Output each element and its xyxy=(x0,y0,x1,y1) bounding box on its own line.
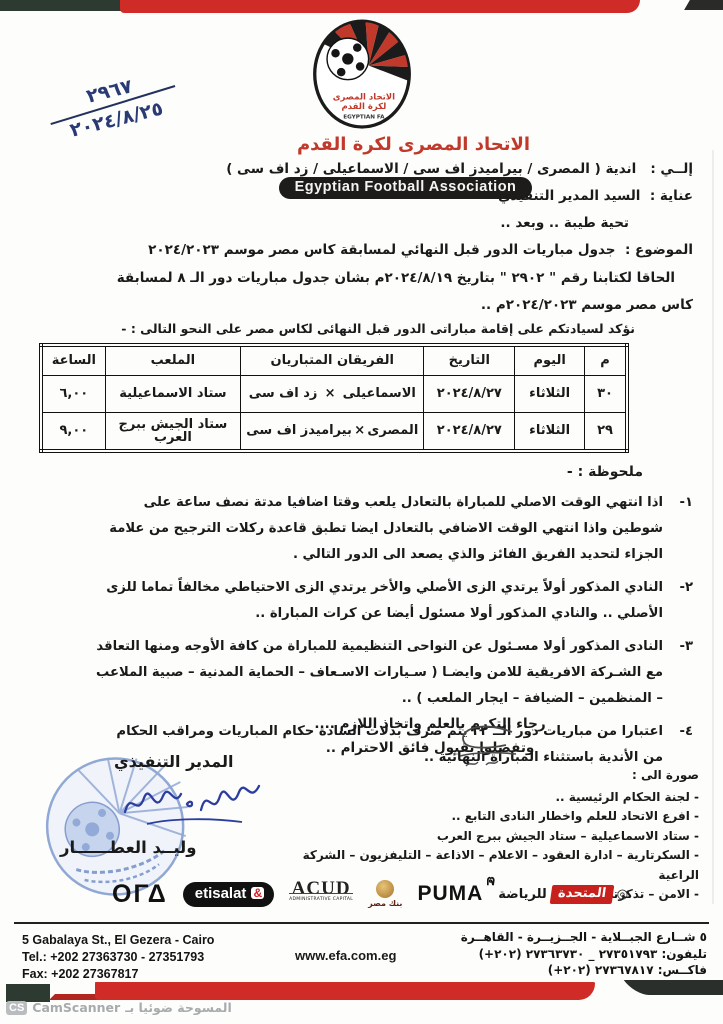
match-stadium: ستاد الجيش ببرج العرب xyxy=(105,413,240,452)
banque-misr-logo: بنك مصر xyxy=(368,880,402,908)
team-home: الاسماعيلى xyxy=(343,387,416,401)
acud-logo-subtext: ADMINISTRATIVE CAPITAL xyxy=(289,893,353,904)
footer-contact-arabic: ٥ شــارع الجبــلاية - الجــزيــرة - القا… xyxy=(461,929,707,979)
acud-logo-text: ACUD xyxy=(292,884,351,893)
team-away: بيراميدز اف سى xyxy=(246,424,352,438)
united-sports-badge-text: المتحدة xyxy=(549,885,614,904)
footer-contact-english: 5 Gabalaya St., El Gezera - Cairo Tel.: … xyxy=(22,932,214,983)
puma-logo: PUMA ฅ xyxy=(417,882,483,906)
match-day: الثلاثاء xyxy=(515,376,585,413)
attention-line: عناية : السيد المدير التنفيذي xyxy=(30,189,693,203)
footer-address-en: 5 Gabalaya St., El Gezera - Cairo xyxy=(22,932,214,949)
col-teams: الفريقان المتباريان xyxy=(241,345,424,376)
copy-to-item-1: - لجنة الحكام الرئيسية .. xyxy=(269,788,699,808)
decor-band-top-dark xyxy=(684,0,723,10)
executive-director-signature xyxy=(117,774,267,832)
match-time: ٩,٠٠ xyxy=(41,413,105,452)
footer-tel-ar-code: (+٢٠٢) xyxy=(479,947,522,961)
team-home: المصرى xyxy=(367,424,418,438)
note-number: ٢- xyxy=(663,575,693,627)
body-line-1: الحاقا لكتابنا رقم " ٢٩٠٢ " بتاريخ ٢٠٢٤/… xyxy=(30,271,693,285)
note-number: ١- xyxy=(663,490,693,568)
crest-text-line3: EGYPTIAN FA xyxy=(343,114,385,120)
etisalat-mark-icon: & xyxy=(251,887,264,899)
match-date: ٢٠٢٤/٨/٢٧ xyxy=(424,413,515,452)
footer-fax-ar-code: (+٢٠٢) xyxy=(548,963,591,977)
match-teams: المصرى × بيراميدز اف سى xyxy=(241,413,424,452)
col-date: التاريخ xyxy=(424,345,515,376)
signatory-title: المدير التنفيذي xyxy=(114,752,234,771)
note-number: ٤- xyxy=(663,719,693,771)
crest-text-line2: لكرة القدم xyxy=(341,102,386,112)
decor-band-bottom-dark xyxy=(624,980,723,995)
match-number: ٢٩ xyxy=(585,413,627,452)
signatory-name: وليــد العطــــــار xyxy=(60,838,197,857)
match-stadium: ستاد الاسماعيلية xyxy=(105,376,240,413)
to-value: اندية ( المصرى / بيراميدز اف سى / الاسما… xyxy=(226,161,636,177)
ora-logo: OΓΔ xyxy=(112,880,168,909)
col-number: م xyxy=(585,345,627,376)
subject-line: الموضوع : جدول مباريات الدور قبل النهائي… xyxy=(30,243,693,257)
camscanner-watermark-text: المسوحة ضوئيا بـ xyxy=(125,1000,232,1015)
association-title-arabic: الاتحاد المصرى لكرة القدم xyxy=(52,134,723,155)
decor-band-top-red xyxy=(120,0,640,13)
footer-tel-ar: تليفون: ٢٧٣٥١٧٩٣ _ ٢٧٣٦٣٧٣٠ (+٢٠٢) xyxy=(461,946,707,963)
subject-label: الموضوع : xyxy=(625,242,693,258)
fixture-row-1: ٣٠ الثلاثاء ٢٠٢٤/٨/٢٧ الاسماعيلى × زد اف… xyxy=(41,376,627,413)
banque-misr-emblem-icon xyxy=(376,880,394,898)
note-number: ٣- xyxy=(663,634,693,712)
etisalat-logo-text: etisalat xyxy=(195,885,247,902)
notes-title: ملحوظة : - xyxy=(30,465,643,480)
match-day: الثلاثاء xyxy=(515,413,585,452)
acud-logo: ACUD ADMINISTRATIVE CAPITAL xyxy=(289,884,353,904)
vs-mark: × xyxy=(325,387,336,401)
puma-cat-icon: ฅ xyxy=(485,870,495,892)
match-teams: الاسماعيلى × زد اف سى xyxy=(241,376,424,413)
footer-tel-ar-number: تليفون: ٢٧٣٥١٧٩٣ _ ٢٧٣٦٣٧٣٠ xyxy=(526,947,707,961)
note-text: اذا انتهي الوقت الاصلي للمباراة بالتعادل… xyxy=(93,490,663,568)
footer-divider xyxy=(14,922,709,924)
closing-line-1: رجاء التكرم بالعلم واتخاذ اللازم .... xyxy=(210,712,650,736)
note-text: النادى المذكور أولا مسـئول عن النواحى ال… xyxy=(93,634,663,712)
match-date: ٢٠٢٤/٨/٢٧ xyxy=(424,376,515,413)
confirmation-line: نؤكد لسيادتكم على إقامة مباراتى الدور قب… xyxy=(30,322,693,335)
note-text: النادي المذكور أولاً يرتدي الزى الأصلي و… xyxy=(93,575,663,627)
letter-body: إلــي : اندية ( المصرى / بيراميدز اف سى … xyxy=(30,162,693,778)
camscanner-cs-icon: CS xyxy=(6,1001,27,1015)
copy-to-item-2: - افرع الاتحاد للعلم واخطار النادى التاب… xyxy=(269,807,699,827)
to-label: إلــي : xyxy=(650,161,693,177)
fixture-row-2: ٢٩ الثلاثاء ٢٠٢٤/٨/٢٧ المصرى × بيراميدز … xyxy=(41,413,627,452)
attention-value: السيد المدير التنفيذي xyxy=(498,188,640,204)
crest-text-line1: الاتحاد المصرى xyxy=(332,93,394,103)
footer-website: www.efa.com.eg xyxy=(295,948,396,963)
united-sports-logo: ◎ المتحدة للرياضة xyxy=(498,885,628,904)
greeting-line: تحية طيبة .. وبعد .. xyxy=(30,216,693,230)
footer-fax-ar-number: فاكــس: ٢٧٣٦٧٨١٧ xyxy=(595,963,707,977)
footer-fax-ar: فاكــس: ٢٧٣٦٧٨١٧ (+٢٠٢) xyxy=(461,962,707,979)
note-item-2: ٢- النادي المذكور أولاً يرتدي الزى الأصل… xyxy=(93,575,693,627)
united-sports-rest-text: للرياضة xyxy=(498,887,546,902)
banque-misr-logo-text: بنك مصر xyxy=(368,899,402,908)
fixtures-header-row: م اليوم التاريخ الفريقان المتباريان المل… xyxy=(41,345,627,376)
subject-value: جدول مباريات الدور قبل النهائي لمسابقة ك… xyxy=(148,242,615,258)
sponsor-logos-row: OΓΔ etisalat & ACUD ADMINISTRATIVE CAPIT… xyxy=(112,872,632,916)
footer-address-ar: ٥ شــارع الجبــلاية - الجــزيــرة - القا… xyxy=(461,929,707,946)
scan-page-edge xyxy=(712,150,714,904)
col-day: اليوم xyxy=(515,345,585,376)
copy-to-title: صورة الى : xyxy=(269,766,699,786)
note-item-3: ٣- النادى المذكور أولا مسـئول عن النواحى… xyxy=(93,634,693,712)
decor-band-bottom-red xyxy=(95,982,595,1000)
footer-tel-en: Tel.: +202 27363730 - 27351793 xyxy=(22,949,214,966)
attention-label: عناية : xyxy=(650,188,693,204)
camscanner-brand: CamScanner xyxy=(32,1000,120,1015)
col-stadium: الملعب xyxy=(105,345,240,376)
united-sports-icon: ◎ xyxy=(617,887,628,902)
match-number: ٣٠ xyxy=(585,376,627,413)
to-line: إلــي : اندية ( المصرى / بيراميدز اف سى … xyxy=(30,162,693,176)
col-time: الساعة xyxy=(41,345,105,376)
camscanner-watermark: المسوحة ضوئيا بـ CamScanner CS xyxy=(6,1000,232,1015)
team-away: زد اف سى xyxy=(249,387,318,401)
etisalat-logo: etisalat & xyxy=(183,882,274,907)
copy-to-item-3: - ستاد الاسماعيلية – ستاد الجيش ببرج الع… xyxy=(269,827,699,847)
body-line-2: كاس مصر موسم ٢٠٢٤/٢٠٢٣م .. xyxy=(30,298,693,312)
note-item-1: ١- اذا انتهي الوقت الاصلي للمباراة بالتع… xyxy=(93,490,693,568)
vs-mark: × xyxy=(354,424,365,438)
puma-logo-text: PUMA xyxy=(417,882,483,906)
efa-crest-logo: الاتحاد المصرى لكرة القدم EGYPTIAN FA xyxy=(310,18,414,132)
match-time: ٦,٠٠ xyxy=(41,376,105,413)
fixtures-table: م اليوم التاريخ الفريقان المتباريان المل… xyxy=(39,343,629,453)
